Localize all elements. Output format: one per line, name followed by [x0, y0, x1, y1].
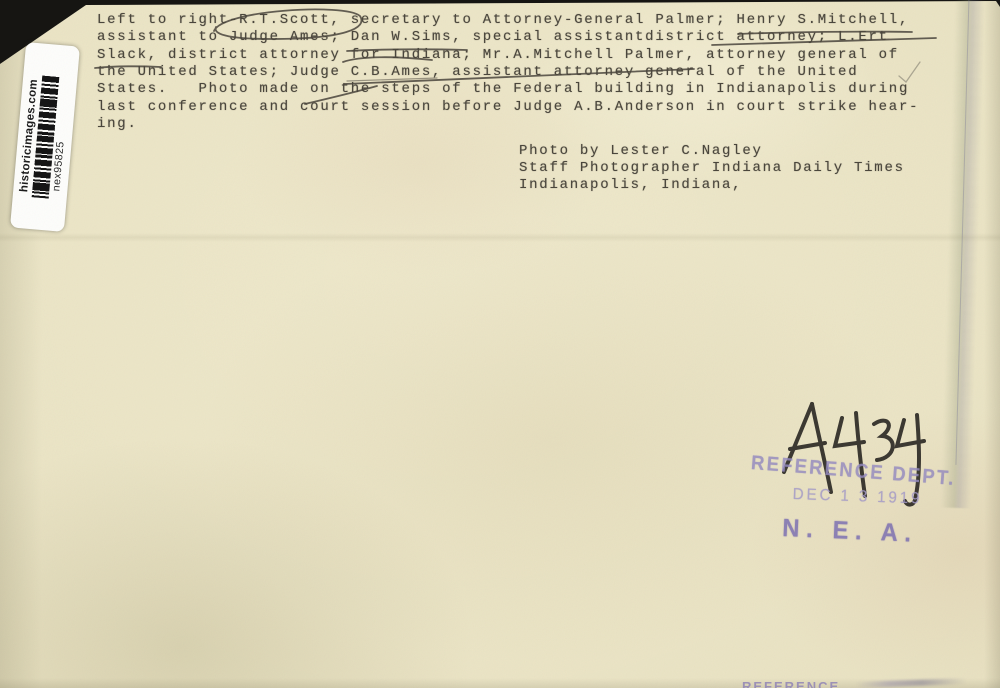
horizontal-crease — [0, 233, 1000, 242]
credit-line: Indianapolis, Indiana, — [519, 177, 905, 194]
caption-line: Left to right-R.T.Scott, secretary to At… — [97, 12, 919, 29]
typed-caption: Left to right-R.T.Scott, secretary to At… — [97, 12, 919, 133]
credit-line: Photo by Lester C.Nagley — [519, 143, 905, 160]
caption-line: ing. — [97, 116, 919, 133]
credit-line: Staff Photographer Indiana Daily Times — [519, 160, 905, 177]
photo-credit: Photo by Lester C.Nagley Staff Photograp… — [519, 143, 905, 194]
caption-line: States. Photo made on the steps of the F… — [97, 81, 919, 98]
caption-line: last conference and court session before… — [97, 99, 919, 116]
caption-line: the United States; Judge C.B.Ames, assis… — [97, 64, 919, 81]
caption-line: assistant to Judge Ames; Dan W.Sims, spe… — [97, 29, 919, 46]
scanned-photo-back: Left to right-R.T.Scott, secretary to At… — [0, 0, 1000, 688]
caption-line: Slack, district attorney for Indiana; Mr… — [97, 47, 919, 64]
